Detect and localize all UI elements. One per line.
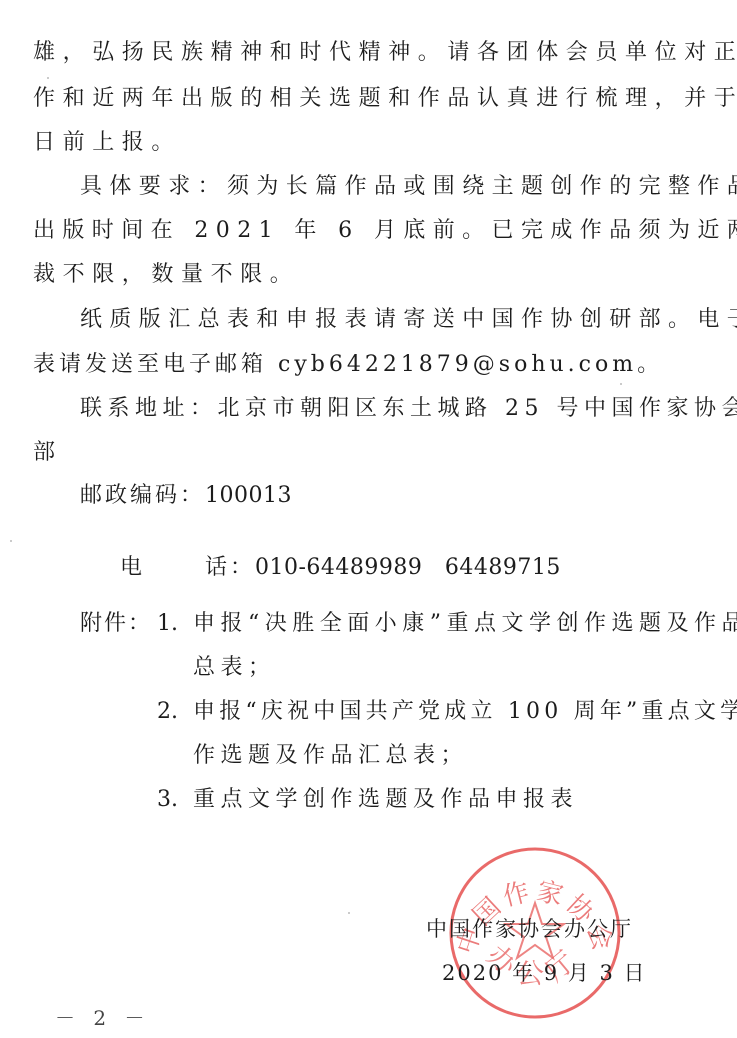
paragraph-2-line-1: 具体要求：须为长篇作品或围绕主题创作的完整作品，预计: [80, 172, 737, 202]
document-page: 雄，弘扬民族精神和时代精神。请各团体会员单位对正在筹划创 作和近两年出版的相关选…: [0, 0, 737, 1038]
attachment-2-number: 2.: [157, 697, 178, 727]
scan-speck: [348, 912, 350, 914]
signature-organization: 中国作家协会办公厅: [426, 914, 633, 944]
address-label: 联系地址：: [80, 396, 218, 421]
paragraph-1-line-3: 日前上报。: [33, 128, 181, 158]
scan-speck: [10, 540, 12, 542]
scan-speck: [47, 77, 49, 79]
attachment-1-line-2: 总表；: [193, 653, 276, 683]
address-value: 北京市朝阳区东土城路 25 号中国作家协会创研: [218, 396, 737, 421]
paragraph-2-line-3: 裁不限，数量不限。: [33, 260, 299, 290]
paragraph-1-line-2: 作和近两年出版的相关选题和作品认真进行梳理，并于 9 月 30: [33, 84, 737, 114]
attachment-3-line-1: 重点文学创作选题及作品申报表: [193, 785, 578, 815]
attachment-3-number: 3.: [157, 785, 178, 815]
phone-label: 电 话：: [120, 555, 255, 580]
paragraph-2-line-2: 出版时间在 2021 年 6 月底前。已完成作品须为近两年出版。体: [33, 216, 737, 246]
attachment-1-number: 1.: [157, 609, 178, 639]
attachments-label: 附件：: [80, 609, 152, 639]
paragraph-3-line-2: 表请发送至电子邮箱 cyb64221879@sohu.com。: [33, 350, 663, 380]
signature-date: 2020 年 9 月 3 日: [442, 958, 647, 988]
attachment-2-line-1: 申报“庆祝中国共产党成立 100 周年”重点文学创: [193, 697, 737, 727]
postcode-value: 100013: [205, 483, 292, 508]
phone-value: 010-64489989 64489715: [255, 555, 561, 580]
paragraph-1-line-1: 雄，弘扬民族精神和时代精神。请各团体会员单位对正在筹划创: [33, 38, 737, 68]
postcode-line: 邮政编码：100013: [80, 481, 292, 511]
scan-speck: [620, 383, 622, 385]
paragraph-3-line-1: 纸质版汇总表和申报表请寄送中国作协创研部。电子版汇总: [80, 305, 737, 335]
address-line-2: 部: [33, 438, 63, 468]
attachment-1-line-1: 申报“决胜全面小康”重点文学创作选题及作品汇: [193, 609, 737, 639]
page-number: － 2 －: [55, 1002, 150, 1031]
address-line: 联系地址：北京市朝阳区东土城路 25 号中国作家协会创研: [80, 394, 737, 424]
attachment-2-line-2: 作选题及作品汇总表；: [193, 741, 468, 771]
phone-line: 电 话：010-64489989 64489715: [80, 523, 561, 613]
postcode-label: 邮政编码：: [80, 483, 205, 508]
